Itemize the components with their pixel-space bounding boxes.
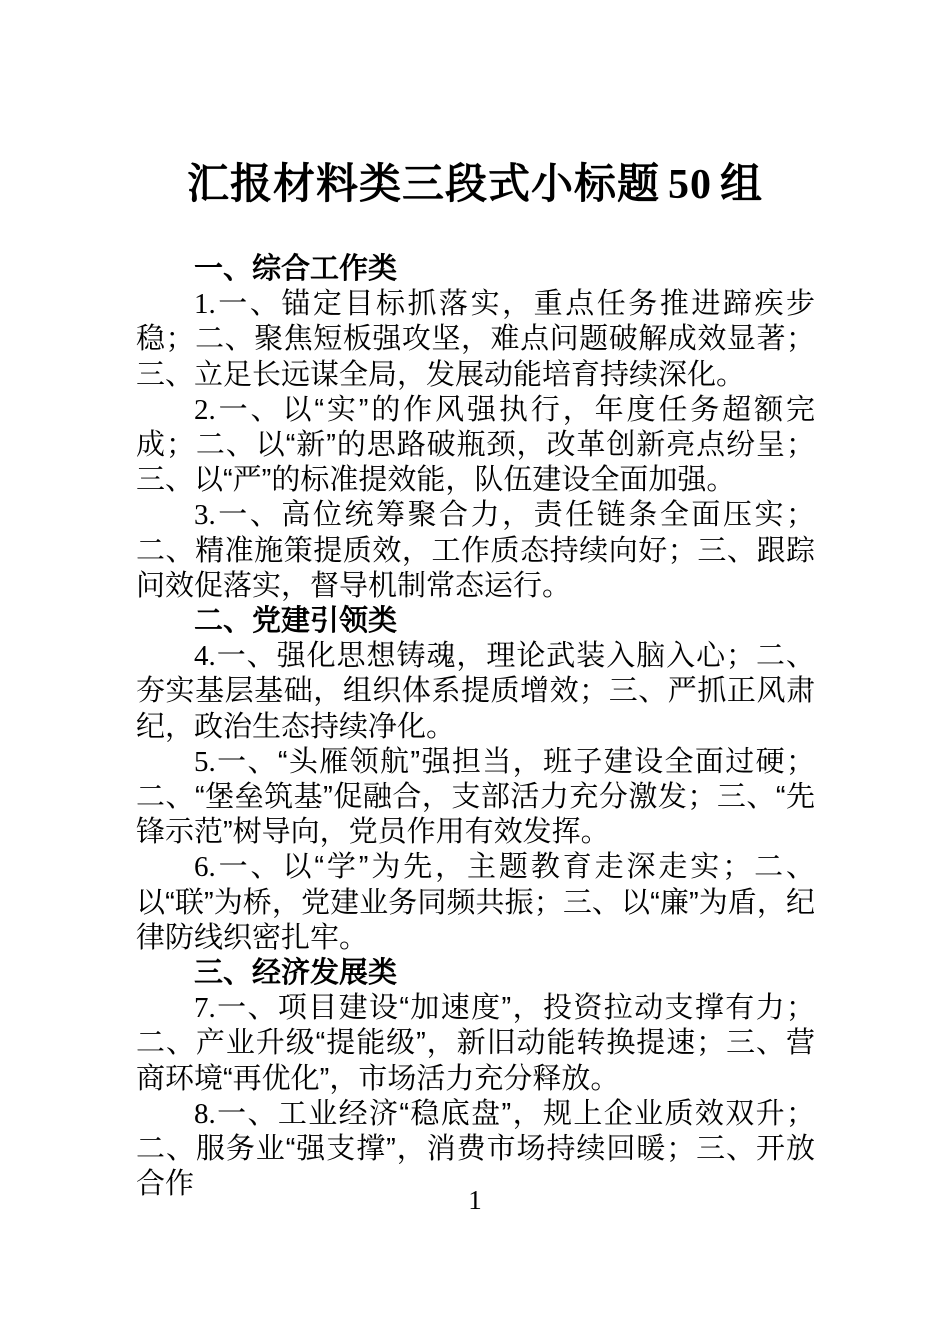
list-item: 7.一、项目建设“加速度”，投资拉动支撑有力；二、产业升级“提能级”，新旧动能转… xyxy=(136,991,815,1097)
item-number: 1. xyxy=(194,288,216,320)
item-text: 一、项目建设“加速度”，投资拉动支撑有力；二、产业升级“提能级”，新旧动能转换提… xyxy=(136,992,815,1094)
item-text: 一、以“实”的作风强执行，年度任务超额完成；二、以“新”的思路破瓶颈，改革创新亮… xyxy=(136,394,815,496)
section-heading: 三、经济发展类 xyxy=(136,956,815,991)
section-party-building: 二、党建引领类 4.一、强化思想铸魂，理论武装入脑入心；二、夯实基层基础，组织体… xyxy=(136,604,815,956)
document-title: 汇报材料类三段式小标题50组 xyxy=(0,156,950,213)
section-economic-development: 三、经济发展类 7.一、项目建设“加速度”，投资拉动支撑有力；二、产业升级“提能… xyxy=(136,956,815,1202)
item-text: 一、高位统筹聚合力，责任链条全面压实；二、精准施策提质效，工作质态持续向好；三、… xyxy=(136,499,815,601)
item-text: 一、以“学”为先，主题教育走深走实；二、以“联”为桥，党建业务同频共振；三、以“… xyxy=(136,851,815,953)
section-heading: 一、综合工作类 xyxy=(136,252,815,287)
document-page: 汇报材料类三段式小标题50组 一、综合工作类 1.一、锚定目标抓落实，重点任务推… xyxy=(0,0,950,1344)
list-item: 1.一、锚定目标抓落实，重点任务推进蹄疾步稳；二、聚焦短板强攻坚，难点问题破解成… xyxy=(136,287,815,393)
list-item: 2.一、以“实”的作风强执行，年度任务超额完成；二、以“新”的思路破瓶颈，改革创… xyxy=(136,393,815,499)
item-text: 一、“头雁领航”强担当，班子建设全面过硬；二、“堡垒筑基”促融合，支部活力充分激… xyxy=(136,746,815,848)
item-number: 7. xyxy=(194,992,216,1024)
item-text: 一、锚定目标抓落实，重点任务推进蹄疾步稳；二、聚焦短板强攻坚，难点问题破解成效显… xyxy=(136,288,815,390)
list-item: 6.一、以“学”为先，主题教育走深走实；二、以“联”为桥，党建业务同频共振；三、… xyxy=(136,850,815,956)
list-item: 5.一、“头雁领航”强担当，班子建设全面过硬；二、“堡垒筑基”促融合，支部活力充… xyxy=(136,745,815,851)
title-number: 50 xyxy=(668,162,712,208)
item-number: 8. xyxy=(194,1098,216,1130)
page-number: 1 xyxy=(0,1184,950,1216)
list-item: 3.一、高位统筹聚合力，责任链条全面压实；二、精准施策提质效，工作质态持续向好；… xyxy=(136,498,815,604)
title-text-prefix: 汇报材料类三段式小标题 xyxy=(187,160,660,207)
title-text-suffix: 组 xyxy=(720,160,763,207)
section-heading: 二、党建引领类 xyxy=(136,604,815,639)
section-general-work: 一、综合工作类 1.一、锚定目标抓落实，重点任务推进蹄疾步稳；二、聚焦短板强攻坚… xyxy=(136,252,815,604)
item-text: 一、强化思想铸魂，理论武装入脑入心；二、夯实基层基础，组织体系提质增效；三、严抓… xyxy=(136,640,815,742)
list-item: 4.一、强化思想铸魂，理论武装入脑入心；二、夯实基层基础，组织体系提质增效；三、… xyxy=(136,639,815,745)
item-number: 4. xyxy=(194,640,216,672)
document-body: 一、综合工作类 1.一、锚定目标抓落实，重点任务推进蹄疾步稳；二、聚焦短板强攻坚… xyxy=(136,252,815,1202)
item-number: 6. xyxy=(194,851,216,883)
item-number: 5. xyxy=(194,746,216,778)
item-number: 2. xyxy=(194,394,216,426)
item-number: 3. xyxy=(194,499,216,531)
